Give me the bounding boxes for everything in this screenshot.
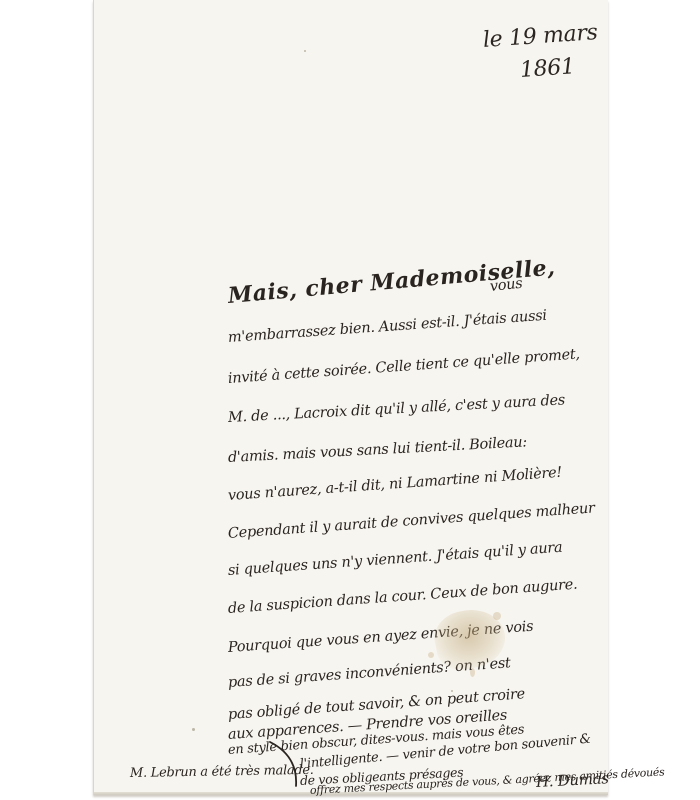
- letter-signature: H. Dumas: [536, 769, 610, 791]
- water-stain-drop: [493, 612, 501, 620]
- water-stain-drop: [470, 668, 475, 677]
- paper-speck: [192, 728, 195, 731]
- bracket-mark: [268, 738, 304, 798]
- paper-speck: [451, 690, 453, 692]
- water-stain-drop: [428, 652, 434, 658]
- letter-salutation-tail: vous: [489, 276, 523, 295]
- scan-background: le 19 mars 1861 Mais, cher Mademoiselle,…: [0, 0, 700, 800]
- paper-speck: [304, 50, 306, 52]
- letter-date-year: 1861: [519, 54, 575, 83]
